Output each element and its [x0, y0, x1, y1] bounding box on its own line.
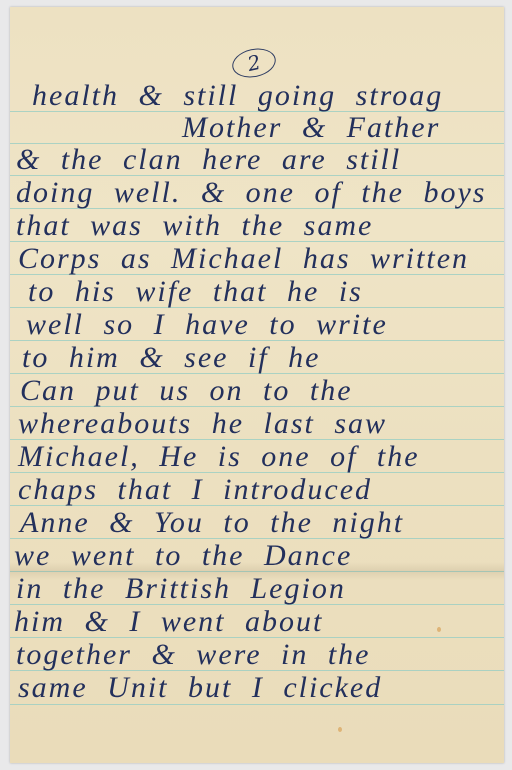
- letter-line: Anne & You to the night: [20, 507, 504, 539]
- letter-line: & the clan here are still: [16, 144, 504, 176]
- letter-line: together & were in the: [16, 639, 504, 671]
- letter-line: him & I went about: [14, 606, 504, 638]
- letter-line: Corps as Michael has written: [18, 243, 504, 275]
- letter-line: to him & see if he: [22, 342, 504, 374]
- letter-line: chaps that I introduced: [18, 474, 504, 506]
- letter-line: health & still going stroag: [32, 80, 504, 112]
- ruled-line: [10, 704, 504, 705]
- letter-line: Can put us on to the: [20, 375, 504, 407]
- letter-line: to his wife that he is: [28, 276, 504, 308]
- letter-line: we went to the Dance: [14, 540, 504, 572]
- paper-stain: [338, 727, 342, 732]
- letter-page: 2 health & still going stroag Mother & F…: [10, 7, 504, 763]
- letter-line: in the Brittish Legion: [16, 573, 504, 605]
- letter-line: same Unit but I clicked: [18, 672, 504, 704]
- letter-line: that was with the same: [16, 210, 504, 242]
- letter-line: Michael, He is one of the: [18, 441, 504, 473]
- letter-line: well so I have to write: [26, 309, 504, 341]
- letter-line: whereabouts he last saw: [18, 408, 504, 440]
- letter-line: Mother & Father: [182, 112, 504, 144]
- letter-line: doing well. & one of the boys: [16, 177, 504, 209]
- page-number: 2: [230, 45, 279, 82]
- paper-stain: [437, 627, 441, 632]
